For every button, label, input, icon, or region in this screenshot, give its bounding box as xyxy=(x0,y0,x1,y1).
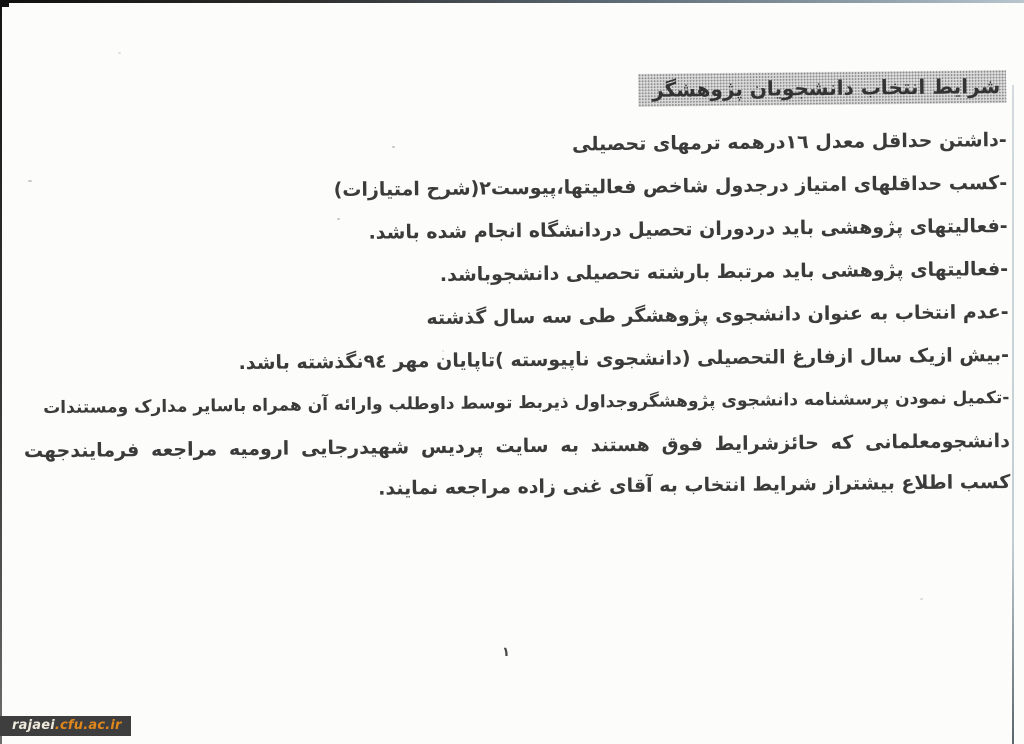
watermark-site-suffix: .cfu.ac.ir xyxy=(55,718,122,733)
scan-corner-blot xyxy=(0,0,9,7)
document-text-block: شرایط انتخاب دانشجویان پژوهشگر -داشتن حد… xyxy=(20,70,1010,513)
scan-speck xyxy=(118,52,121,54)
scan-edge-left xyxy=(0,0,2,744)
scan-edge-top xyxy=(0,0,1024,3)
page-heading: شرایط انتخاب دانشجویان پژوهشگر xyxy=(638,70,1006,107)
scanned-document-page: { "content": { "heading": "شرایط انتخاب … xyxy=(0,0,1024,744)
watermark: rajaei.cfu.ac.ir xyxy=(0,716,131,736)
closing-paragraph: دانشجومعلمانی که حائزشرایط فوق هستند به … xyxy=(24,421,1011,513)
page-number: ١ xyxy=(502,645,510,660)
watermark-site-prefix: rajaei xyxy=(12,718,55,733)
scan-edge-right xyxy=(1012,85,1014,744)
scan-speck xyxy=(920,598,923,600)
